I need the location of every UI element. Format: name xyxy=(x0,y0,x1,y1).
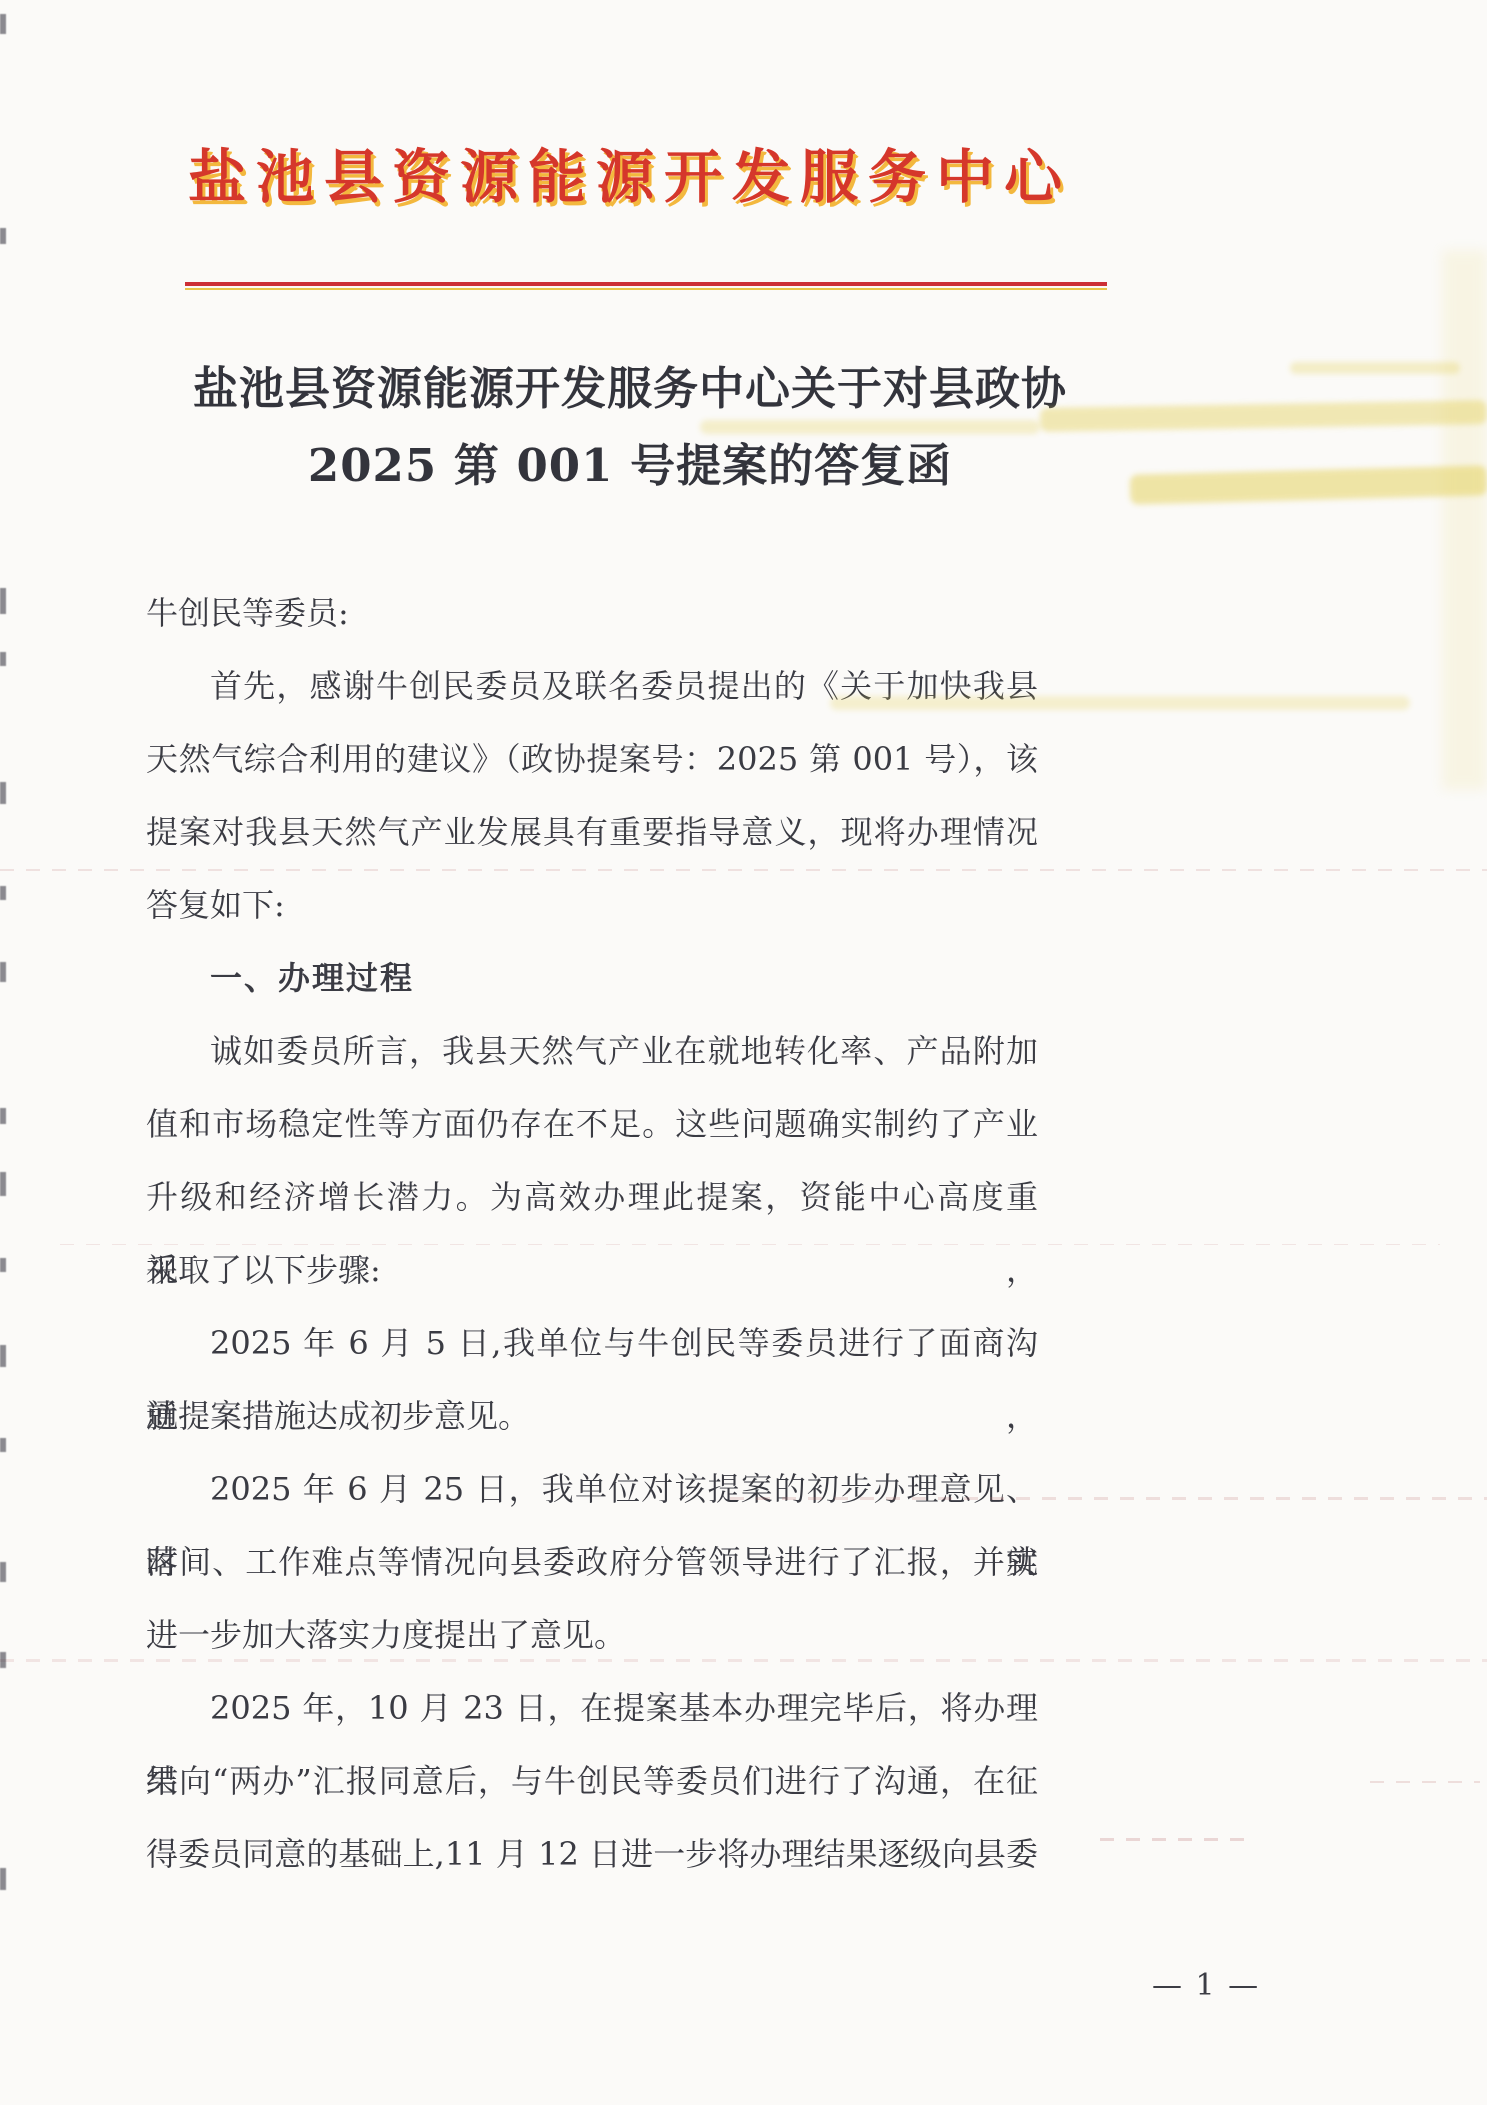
scan-artifact xyxy=(0,1172,6,1196)
scan-artifact xyxy=(1100,1838,1250,1841)
body-line: 首先，感谢牛创民委员及联名委员提出的《关于加快我县 xyxy=(146,650,1038,723)
body-line: 2025 年 6 月 25 日，我单位对该提案的初步办理意见、落实 xyxy=(146,1453,1038,1526)
body-line: 2025 年，10 月 23 日，在提案基本办理完毕后，将办理结 xyxy=(146,1672,1038,1745)
scan-artifact xyxy=(0,1868,6,1890)
letterhead-org-name: 盐池县资源能源开发服务中心 xyxy=(90,130,1170,214)
body-line: 2025 年 6 月 5 日,我单位与牛创民等委员进行了面商沟通， xyxy=(146,1307,1038,1380)
document-title: 盐池县资源能源开发服务中心关于对县政协 2025 第 001 号提案的答复函 xyxy=(120,350,1140,504)
body-line: 进一步加大落实力度提出了意见。 xyxy=(146,1599,1038,1672)
page-number: — 1 — xyxy=(1152,1968,1272,2003)
document-title-line1: 盐池县资源能源开发服务中心关于对县政协 xyxy=(120,350,1140,427)
highlighter-smudge xyxy=(1442,250,1487,790)
scan-artifact xyxy=(0,1108,6,1124)
body-line: 果向“两办”汇报同意后，与牛创民等委员们进行了沟通，在征 xyxy=(146,1745,1038,1818)
highlighter-smudge xyxy=(1290,362,1460,374)
document-body: 牛创民等委员:首先，感谢牛创民委员及联名委员提出的《关于加快我县天然气综合利用的… xyxy=(146,577,1038,1891)
scan-artifact xyxy=(0,1345,6,1367)
body-line: 一、办理过程 xyxy=(146,942,1038,1015)
body-line: 升级和经济增长潜力。为高效办理此提案，资能中心高度重视， xyxy=(146,1161,1038,1234)
scan-artifact xyxy=(1370,1781,1480,1783)
body-line: 诚如委员所言，我县天然气产业在就地转化率、产品附加 xyxy=(146,1015,1038,1088)
scanned-document-page: 盐池县资源能源开发服务中心 盐池县资源能源开发服务中心关于对县政协 2025 第… xyxy=(0,0,1487,2105)
body-line: 天然气综合利用的建议》（政协提案号：2025 第 001 号），该 xyxy=(146,723,1038,796)
letterhead-rule xyxy=(185,282,1107,291)
body-line: 得委员同意的基础上,11 月 12 日进一步将办理结果逐级向县委 xyxy=(146,1818,1038,1891)
scan-artifact xyxy=(0,1652,6,1668)
scan-artifact xyxy=(0,652,6,666)
body-line: 值和市场稳定性等方面仍存在不足。这些问题确实制约了产业 xyxy=(146,1088,1038,1161)
scan-artifact xyxy=(0,14,6,34)
scan-artifact xyxy=(0,228,6,244)
scan-artifact xyxy=(0,886,6,900)
scan-artifact xyxy=(0,1562,6,1582)
scan-artifact xyxy=(0,1438,6,1452)
body-line: 牛创民等委员: xyxy=(146,577,1038,650)
scan-artifact xyxy=(0,1258,6,1272)
scan-artifact xyxy=(0,962,6,982)
body-line: 时间、工作难点等情况向县委政府分管领导进行了汇报，并就 xyxy=(146,1526,1038,1599)
scan-artifact xyxy=(0,782,6,804)
document-title-line2: 2025 第 001 号提案的答复函 xyxy=(120,427,1140,504)
body-line: 提案对我县天然气产业发展具有重要指导意义，现将办理情况 xyxy=(146,796,1038,869)
scan-artifact xyxy=(0,588,6,614)
body-line: 答复如下: xyxy=(146,869,1038,942)
highlighter-smudge xyxy=(1130,465,1487,504)
